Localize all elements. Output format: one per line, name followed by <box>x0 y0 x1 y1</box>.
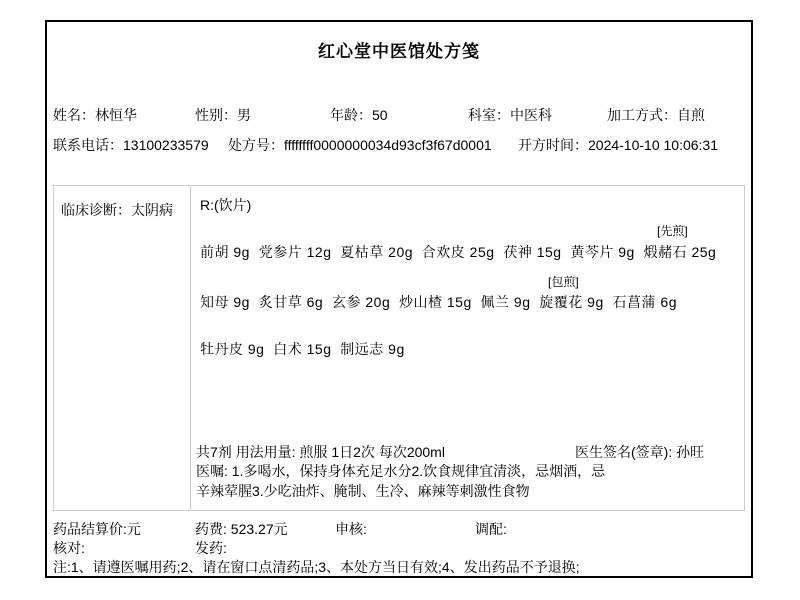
patient-name-value: 林恒华 <box>95 107 137 123</box>
processing-method-label: 加工方式： <box>607 107 677 123</box>
fee-value: 523.27元 <box>231 521 288 537</box>
prepare-label: 调配: <box>475 521 507 537</box>
doctor-signature-value: 孙旺 <box>676 444 704 460</box>
issue-time-label: 开方时间： <box>518 137 588 153</box>
fee-label: 药费: <box>195 521 231 537</box>
phone-label: 联系电话： <box>53 137 123 153</box>
prepare-field: 调配: <box>475 521 507 537</box>
patient-age-field: 年龄：50 <box>330 107 388 123</box>
processing-method-field: 加工方式：自煎 <box>607 107 705 123</box>
patient-gender-value: 男 <box>237 107 251 123</box>
check-label: 核对: <box>53 540 85 556</box>
diagnosis-field: 临床诊断：太阴病 <box>61 200 173 220</box>
dosage-value: 煎服 1日2次 每次200ml <box>299 444 444 460</box>
dosage-label: 用法用量: <box>236 444 300 460</box>
doctor-signature-label: 医生签名(签章): <box>575 444 676 460</box>
phone-field: 联系电话：13100233579 <box>53 137 209 153</box>
review-label: 申核: <box>335 521 367 537</box>
dosage-field: 共7剂 用法用量: 煎服 1日2次 每次200ml <box>196 444 445 460</box>
diagnosis-label: 临床诊断： <box>61 202 131 218</box>
fee-field: 药费: 523.27元 <box>195 521 288 537</box>
settlement-price-value: 元 <box>127 521 141 537</box>
processing-method-value: 自煎 <box>677 107 705 123</box>
prescription-no-label: 处方号： <box>228 137 284 153</box>
rx-header: R:(饮片) <box>200 197 251 213</box>
department-field: 科室：中医科 <box>468 107 552 123</box>
medical-advice-line-2: 辛辣荤腥3.少吃油炸、腌制、生冷、麻辣等刺激性食物 <box>196 483 530 499</box>
phone-value: 13100233579 <box>123 137 209 153</box>
department-label: 科室： <box>468 107 510 123</box>
settlement-price-field: 药品结算价:元 <box>53 521 141 537</box>
patient-age-value: 50 <box>372 107 388 123</box>
issue-time-field: 开方时间：2024-10-10 10:06:31 <box>518 137 718 153</box>
patient-age-label: 年龄： <box>330 107 372 123</box>
patient-gender-label: 性别： <box>195 107 237 123</box>
diagnosis-value: 太阴病 <box>131 202 173 218</box>
footer-note: 注:1、请遵医嘱用药;2、请在窗口点清药品;3、本处方当日有效;4、发出药品不予… <box>53 559 580 575</box>
dispense-field: 发药: <box>195 540 227 556</box>
review-field: 申核: <box>335 521 367 537</box>
check-field: 核对: <box>53 540 85 556</box>
issue-time-value: 2024-10-10 10:06:31 <box>588 137 718 153</box>
department-value: 中医科 <box>510 107 552 123</box>
settlement-price-label: 药品结算价: <box>53 521 127 537</box>
diagnosis-cell: 临床诊断：太阴病 <box>54 186 191 510</box>
dosage-prefix: 共7剂 <box>196 444 236 460</box>
dispense-label: 发药: <box>195 540 227 556</box>
page-title: 红心堂中医馆处方笺 <box>45 37 753 62</box>
bag-boil-tag: [包煎] <box>548 276 579 290</box>
patient-gender-field: 性别：男 <box>195 107 251 123</box>
pre-boil-tag: [先煎] <box>657 225 688 239</box>
doctor-signature-field: 医生签名(签章): 孙旺 <box>575 444 704 460</box>
medicine-row-3: 牡丹皮 9g 白术 15g 制远志 9g <box>200 341 405 357</box>
patient-name-label: 姓名： <box>53 107 95 123</box>
prescription-no-value: ffffffff0000000034d93cf3f67d0001 <box>284 137 492 153</box>
patient-name-field: 姓名：林恒华 <box>53 107 137 123</box>
medical-advice-line-1: 医嘱: 1.多喝水，保持身体充足水分2.饮食规律宜清淡，忌烟酒，忌 <box>196 463 605 479</box>
medicine-row-1: 前胡 9g 党参片 12g 夏枯草 20g 合欢皮 25g 茯神 15g 黄芩片… <box>200 244 716 260</box>
prescription-no-field: 处方号：ffffffff0000000034d93cf3f67d0001 <box>228 137 492 153</box>
medicine-row-2: 知母 9g 炙甘草 6g 玄参 20g 炒山楂 15g 佩兰 9g 旋覆花 9g… <box>200 294 677 310</box>
